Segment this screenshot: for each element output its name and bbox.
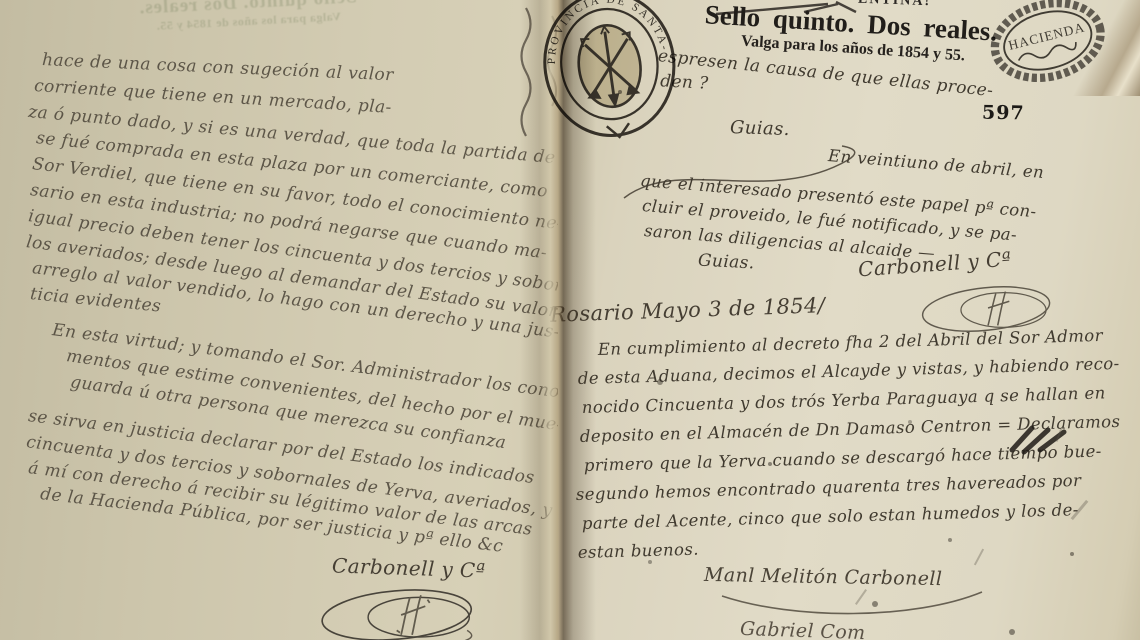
rubric-tail [463, 630, 472, 640]
left-page: Sello quinto. Dos reales. Valga para los… [0, 0, 560, 640]
rubric-monogram [988, 292, 1009, 326]
signature-underline-flourish [714, 586, 994, 622]
signature-carbonell-left: Carbonell y Cª [332, 553, 486, 582]
hacienda-stamp: HACIENDA [979, 0, 1120, 98]
bottom-signature-fragment: Gabriel Com [740, 618, 866, 640]
santa-fe-seal-stamp: PROVINCIA DE SANTA-FE [531, 0, 689, 151]
left-page-text: hace de una cosa con sugeción al valor c… [26, 50, 560, 510]
manuscript-line: En veintiuno de abril, en [827, 146, 1045, 188]
rubric-monogram [397, 595, 430, 635]
ink-blot-marks [1004, 418, 1076, 460]
rubric-flourish [300, 582, 500, 640]
date-line: Rosario Mayo 3 de 1854/ [550, 293, 826, 327]
guias-word: Guias. [730, 117, 791, 140]
flourish [722, 592, 982, 614]
guias-word: Guias. [698, 251, 756, 274]
open-book-photo: Sello quinto. Dos reales. Valga para los… [0, 0, 1140, 640]
bleed-through-print: Sello quinto. Dos reales. Valga para los… [57, 0, 438, 39]
rubric-oval [320, 584, 473, 640]
answer-block-1: espresen la causa de que ellas proce- de… [658, 46, 995, 100]
marginal-note-block: En veintiuno de abril, en que el interes… [636, 146, 1045, 246]
